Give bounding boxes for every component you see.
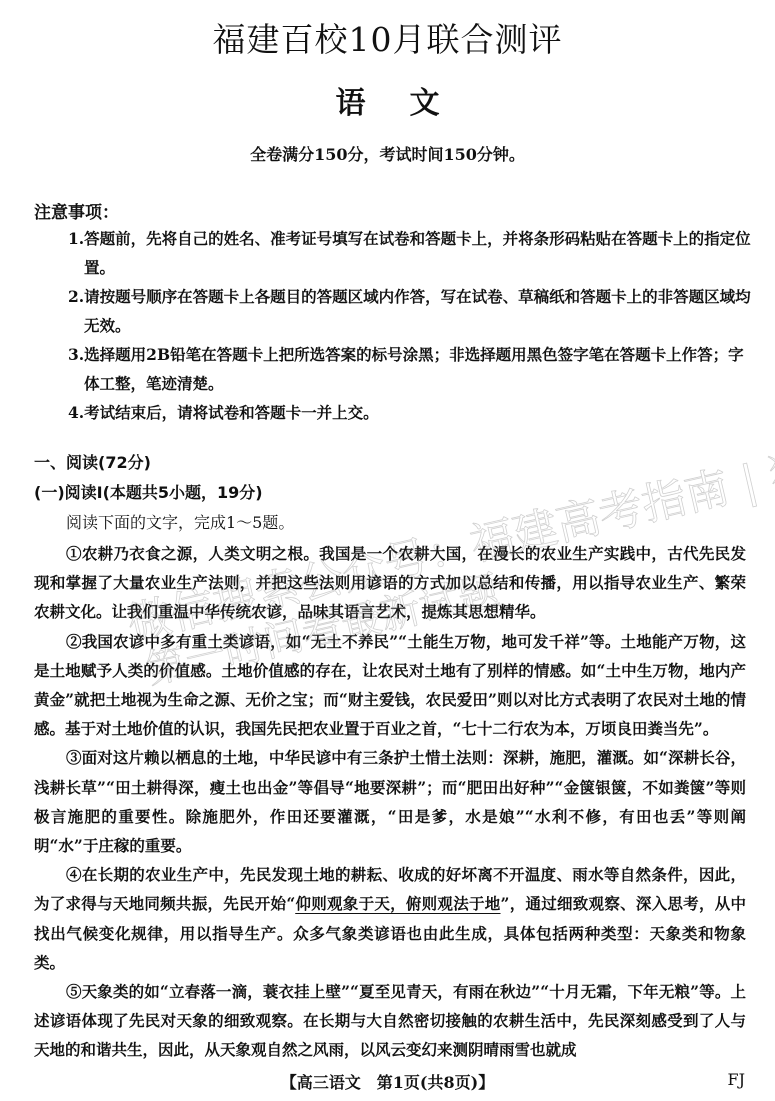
- subject-char-2: 文: [410, 86, 440, 121]
- subject-title: 语文: [0, 78, 775, 122]
- underlined-quote: 仰则观象于天，俯则观法于地: [295, 894, 500, 913]
- notice-list: 1.答题前，先将自己的姓名、准考证号填写在试卷和答题卡上，并将条形码粘贴在答题卡…: [68, 224, 758, 427]
- reading-instruction: 阅读下面的文字，完成1～5题。: [66, 510, 294, 533]
- notice-item: 4.考试结束后，请将试卷和答题卡一并上交。: [68, 398, 758, 427]
- footer-region-code: FJ: [727, 1070, 745, 1089]
- paragraph-1: ①农耕乃衣食之源，人类文明之根。我国是一个农耕大国，在漫长的农业生产实践中，古代…: [34, 539, 746, 627]
- notice-item: 1.答题前，先将自己的姓名、准考证号填写在试卷和答题卡上，并将条形码粘贴在答题卡…: [68, 224, 758, 282]
- notice-heading: 注意事项：: [34, 198, 119, 223]
- exam-meta: 全卷满分150分，考试时间150分钟。: [0, 142, 775, 165]
- section-heading: 一、阅读(72分): [34, 450, 151, 473]
- exam-title: 福建百校10月联合测评: [0, 14, 775, 61]
- paragraph-3: ③面对这片赖以栖息的土地，中华民谚中有三条护土惜土法则：深耕，施肥，灌溉。如“深…: [34, 743, 746, 860]
- paragraph-4: ④在长期的农业生产中，先民发现土地的耕耘、收成的好坏离不开温度、雨水等自然条件，…: [34, 860, 746, 977]
- paragraph-5: ⑤天象类的如“立春落一滴，蓑衣挂上壁”“夏至见青天，有雨在秋边”“十月无霜，下年…: [34, 977, 746, 1065]
- subsection-heading: (一)阅读Ⅰ(本题共5小题，19分): [34, 480, 263, 503]
- page-footer: 【高三语文 第1页(共8页)】: [0, 1070, 775, 1093]
- notice-item: 3.选择题用2B铅笔在答题卡上把所选答案的标号涂黑；非选择题用黑色签字笔在答题卡…: [68, 340, 758, 398]
- reading-passage: ①农耕乃衣食之源，人类文明之根。我国是一个农耕大国，在漫长的农业生产实践中，古代…: [34, 539, 746, 1065]
- notice-item: 2.请按题号顺序在答题卡上各题目的答题区域内作答，写在试卷、草稿纸和答题卡上的非…: [68, 282, 758, 340]
- subject-char-1: 语: [336, 86, 366, 121]
- paragraph-2: ②我国农谚中多有重土类谚语，如“无土不养民”“土能生万物，地可发千祥”等。土地能…: [34, 627, 746, 744]
